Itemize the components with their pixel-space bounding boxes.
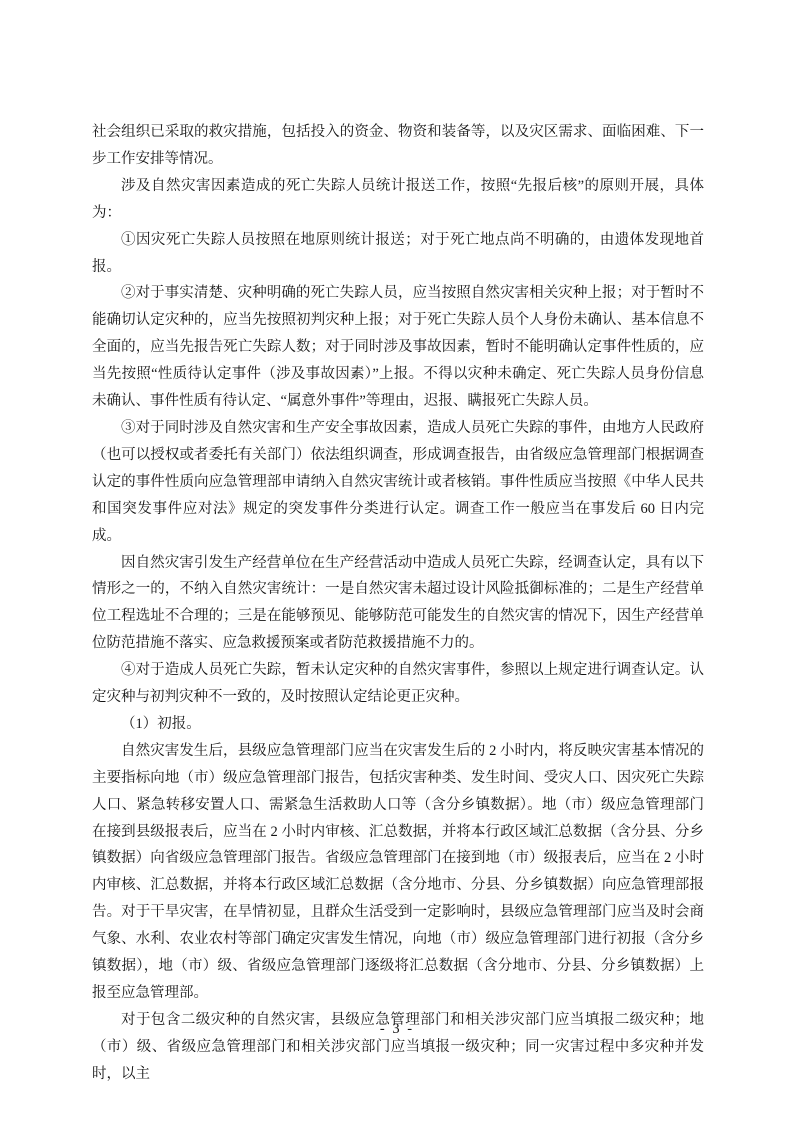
paragraph-2: 涉及自然灾害因素造成的死亡失踪人员统计报送工作，按照“先报后核”的原则开展，具体… [92,173,704,227]
paragraph-9: 自然灾害发生后，县级应急管理部门应当在灾害发生后的 2 小时内，将反映灾害基本情… [92,738,704,1007]
document-body: 社会组织已采取的救灾措施，包括投入的资金、物资和装备等，以及灾区需求、面临困难、… [92,119,704,1088]
paragraph-5: ③对于同时涉及自然灾害和生产安全事故因素，造成人员死亡失踪的事件，由地方人民政府… [92,415,704,550]
page-number: - 3 - [0,1021,794,1038]
paragraph-6: 因自然灾害引发生产经营单位在生产经营活动中造成人员死亡失踪，经调查认定，具有以下… [92,550,704,658]
paragraph-7: ④对于造成人员死亡失踪，暂未认定灾种的自然灾害事件，参照以上规定进行调查认定。认… [92,657,704,711]
paragraph-10: 对于包含二级灾种的自然灾害，县级应急管理部门和相关涉灾部门应当填报二级灾种；地（… [92,1007,704,1088]
paragraph-3: ①因灾死亡失踪人员按照在地原则统计报送；对于死亡地点尚不明确的，由遗体发现地首报… [92,227,704,281]
paragraph-1: 社会组织已采取的救灾措施，包括投入的资金、物资和装备等，以及灾区需求、面临困难、… [92,119,704,173]
paragraph-8: （1）初报。 [92,711,704,738]
document-page: 社会组织已采取的救灾措施，包括投入的资金、物资和装备等，以及灾区需求、面临困难、… [0,0,794,1122]
paragraph-4: ②对于事实清楚、灾种明确的死亡失踪人员，应当按照自然灾害相关灾种上报；对于暂时不… [92,280,704,415]
